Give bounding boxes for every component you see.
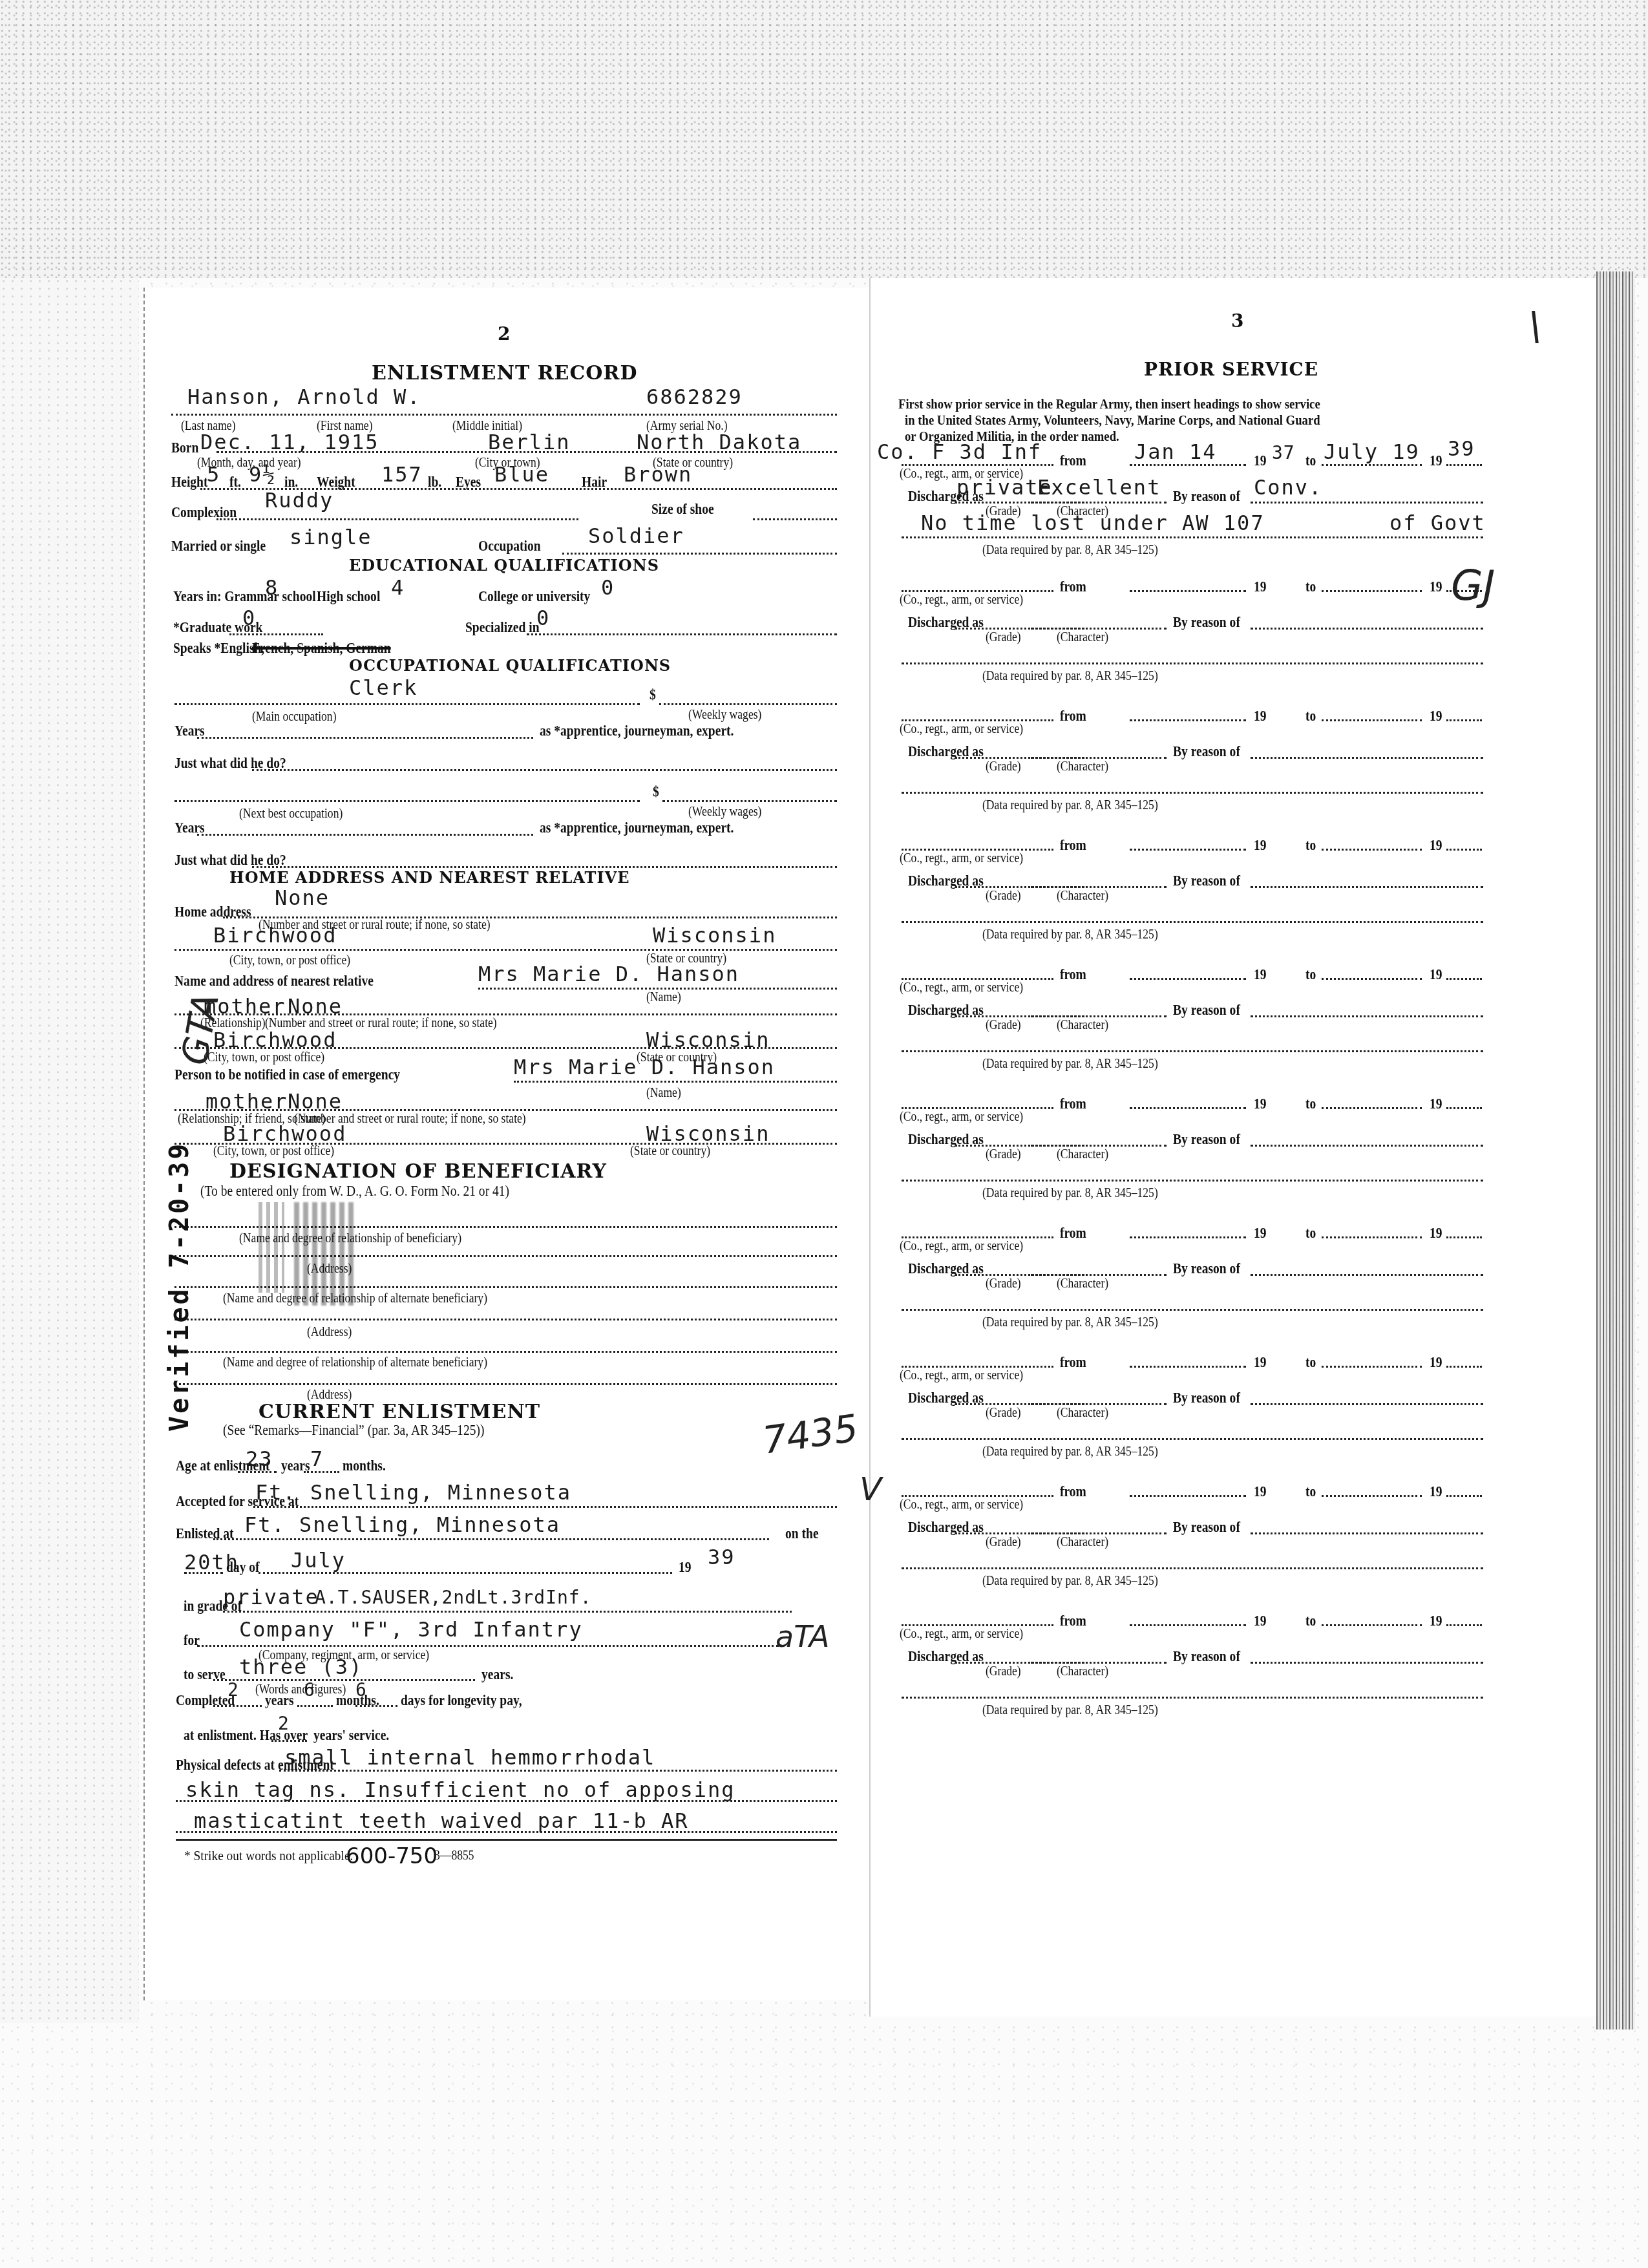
marital-status: single [290,525,372,549]
struck-languages: French, Spanish, German [252,640,391,657]
home-heading: HOME ADDRESS AND NEAREST RELATIVE [229,868,630,887]
current-enlistment-heading: CURRENT ENLISTMENT [259,1401,540,1423]
entry-data: No time lost under AW 107 [921,511,1265,535]
ink-stamp-smudge [294,1202,355,1306]
serial-number: 6862829 [646,385,743,409]
serve-term: three (3) [239,1655,363,1679]
defects-line-2: skin tag ns. Insufficient no of apposing [185,1777,735,1802]
years-over: 2 [278,1713,290,1734]
weight: 157 [381,462,423,487]
home-state: Wisconsin [653,923,776,948]
occupation-value: Soldier [588,524,684,548]
home-address: None [275,885,330,910]
check-mark: V [860,1470,882,1508]
hair-color: Brown [624,462,692,487]
corner-mark: \ [1528,304,1541,349]
beneficiary-heading: DESIGNATION OF BENEFICIARY [229,1160,607,1183]
grammar-years: 8 [265,575,279,600]
main-occupation: Clerk [349,675,417,700]
occupational-heading: OCCUPATIONAL QUALIFICATIONS [349,656,671,675]
edu-heading: EDUCATIONAL QUALIFICATIONS [349,556,659,575]
completed-months: 6 [304,1679,315,1701]
graduate-work: 0 [242,606,256,630]
accepting-officer: A.T.SAUSER,2ndLt.3rdInf. [315,1587,592,1608]
enlist-year: 39 [708,1545,735,1569]
enlist-grade: private [223,1585,319,1609]
page-title: ENLISTMENT RECORD [372,362,637,385]
officer-signature: GJ [1451,562,1495,610]
accepted-at: Ft. Snelling, Minnesota [255,1480,571,1505]
scan-noise-left [0,278,139,2023]
prior-service-title: PRIOR SERVICE [1144,359,1318,380]
entry-character-value: Excellent [1037,475,1161,500]
emergency-name: Mrs Marie D. Hanson [514,1055,775,1079]
entry-reason-continued: of Govt [1389,511,1486,535]
entry-to-date: July 19 [1324,440,1420,464]
page-number: 2 [498,323,510,344]
initials-signature: aTA [776,1619,830,1654]
age-months: 7 [310,1447,324,1471]
age-years: 23 [246,1447,273,1471]
page-number: 3 [1231,310,1243,332]
verified-stamp: Verified 7-20-39 [165,1141,195,1432]
enlist-unit: Company "F", 3rd Infantry [239,1617,583,1642]
height-ft: 5 [207,462,220,487]
specialized-in: 0 [536,606,550,630]
soldier-name: Hanson, Arnold W. [187,385,421,409]
entry-from-year: 37 [1272,442,1295,463]
high-school-years: 4 [391,575,405,600]
entry-unit: Co. F 3d Inf [877,440,1042,464]
home-city: Birchwood [213,923,337,948]
defects-line-1: small internal hemmorrhodal [284,1745,655,1770]
form-number: 3—8855 [434,1849,474,1863]
entry-reason: Conv. [1254,475,1322,500]
height-in: 9½ [249,462,277,487]
book-spine [1596,271,1635,2030]
relative-name: Mrs Marie D. Hanson [478,962,739,986]
complexion-value: Ruddy [265,488,333,513]
eye-color: Blue [494,462,549,487]
completed-days: 6 [355,1679,367,1701]
form-stamp: 600-750 [346,1843,438,1869]
scan-noise-top [0,0,1648,278]
footnote: * Strike out words not applicable. [184,1847,353,1864]
enlisted-at: Ft. Snelling, Minnesota [244,1512,560,1537]
completed-years: 2 [227,1679,239,1701]
entry-from-date: Jan 14 [1134,440,1217,464]
enlist-month: July [291,1548,346,1573]
defects-line-3: masticatint teeth waived par 11-b AR [194,1808,689,1833]
entry-to-year: 39 [1448,436,1475,461]
college-years: 0 [601,575,615,600]
